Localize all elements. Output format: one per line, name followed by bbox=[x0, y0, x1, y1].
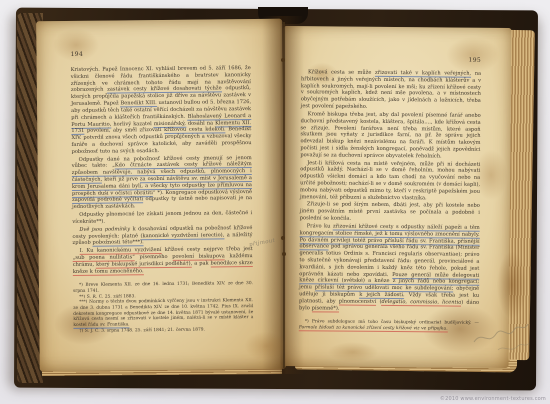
paragraph: Odpustky dané na pobožnosť křížové cesty… bbox=[72, 155, 253, 211]
right-page-footnotes: *) Právo subdelegace má toho času biskup… bbox=[299, 319, 479, 333]
paragraph: Kristových. Papež Innocenc XI. vyhlásil … bbox=[71, 65, 252, 155]
paragraph: Křížová cesta se může zřizovati také v k… bbox=[301, 69, 481, 111]
text-segment: Jest-li křížová cesta na místě veřejném,… bbox=[300, 160, 480, 201]
right-page-paragraphs: Křížová cesta se může zřizovati také v k… bbox=[299, 69, 481, 313]
text-segment: dosáhl na bbox=[186, 120, 215, 126]
thread-knot bbox=[281, 236, 285, 240]
photo-scene: 194 Kristových. Papež Innocenc XI. vyhlá… bbox=[0, 0, 550, 404]
text-segment: †) S. J. C. 3. srpna 1748. 25. září 1841… bbox=[79, 327, 205, 333]
paragraph: Zřizuje-li se pod šírým nebem, dbáti jes… bbox=[300, 202, 480, 224]
text-segment: kteří již prve bbox=[102, 176, 140, 182]
text-segment: Křížová cesta se může bbox=[308, 69, 375, 76]
paragraph: Kromě biskupa třeba jest, aby dal povole… bbox=[300, 111, 480, 160]
thread-knot bbox=[281, 58, 285, 62]
text-segment: písemného bbox=[135, 254, 172, 260]
text-segment: na hřbitovech a jiných veřejných místech… bbox=[301, 71, 481, 110]
text-segment: jemu bbox=[299, 284, 315, 290]
page-number-left: 194 bbox=[71, 49, 251, 58]
binding-thread bbox=[283, 22, 285, 368]
underlined-phrase: plnomocenství bbox=[339, 298, 377, 305]
paragraph: Odpustky plnomocné lze získati jenom jed… bbox=[72, 210, 252, 226]
text-segment: Zřizuje-li se pod šírým nebem, dbáti jes… bbox=[300, 202, 480, 222]
text-segment: Právo ku bbox=[307, 223, 333, 229]
text-segment: Dvě jsou podmínky bbox=[79, 226, 130, 233]
underlined-phrase: který biskupské jurisdikci podléhá†), bbox=[96, 260, 192, 268]
right-page-text: 195 Křížová cesta se může zřizovati také… bbox=[299, 55, 481, 332]
paragraph: Jest-li křížová cesta na místě veřejném,… bbox=[300, 160, 480, 202]
left-page-paragraphs: Kristových. Papež Innocenc XI. vyhlásil … bbox=[71, 65, 253, 275]
text-segment: křížové cesty nejprve třeba jest bbox=[161, 246, 252, 253]
left-page-text: 194 Kristových. Papež Innocenc XI. vyhlá… bbox=[71, 49, 254, 334]
text-segment: horlivý kazatel bbox=[111, 121, 153, 127]
text-segment: Kromě biskupa třeba jest, aby dal povole… bbox=[300, 111, 480, 159]
text-segment: Odpustky plnomocné lze získati jenom jed… bbox=[72, 210, 252, 225]
paragraph: Dvě jsou podmínky k dosahování odpustků … bbox=[72, 225, 252, 247]
underlined-phrase: delegatio, commissio, licentia bbox=[381, 299, 461, 307]
underlined-phrase: písemně*). bbox=[312, 305, 340, 312]
pencil-scribble bbox=[468, 312, 532, 360]
thread-knot bbox=[282, 252, 286, 256]
text-segment: a pak bbox=[192, 260, 210, 266]
paragraph: *) Právo subdelegace má toho času biskup… bbox=[299, 320, 479, 333]
underlined-phrase: (kanonické vyzdvižení (erectio), bbox=[140, 232, 224, 240]
text-segment: ***) Normy o těchto dvou podmínkách vyřč… bbox=[73, 298, 253, 322]
left-page-footnotes: *) Breve Klementa XII. ze dne 16. ledna … bbox=[73, 280, 254, 334]
paragraph: Právo ku zřizování křížové cesty s odpus… bbox=[299, 223, 480, 313]
paragraph: I. Ku kanonickému vyzdvižení křížové ces… bbox=[73, 246, 253, 275]
watermark-text: ©2010 www.environment-textures.com bbox=[440, 396, 546, 402]
page-number-right: 195 bbox=[301, 55, 481, 64]
paragraph: ***) Normy o těchto dvou podmínkách vyřč… bbox=[73, 298, 253, 328]
underlined-phrase: pobožnosti této***). bbox=[93, 240, 144, 248]
